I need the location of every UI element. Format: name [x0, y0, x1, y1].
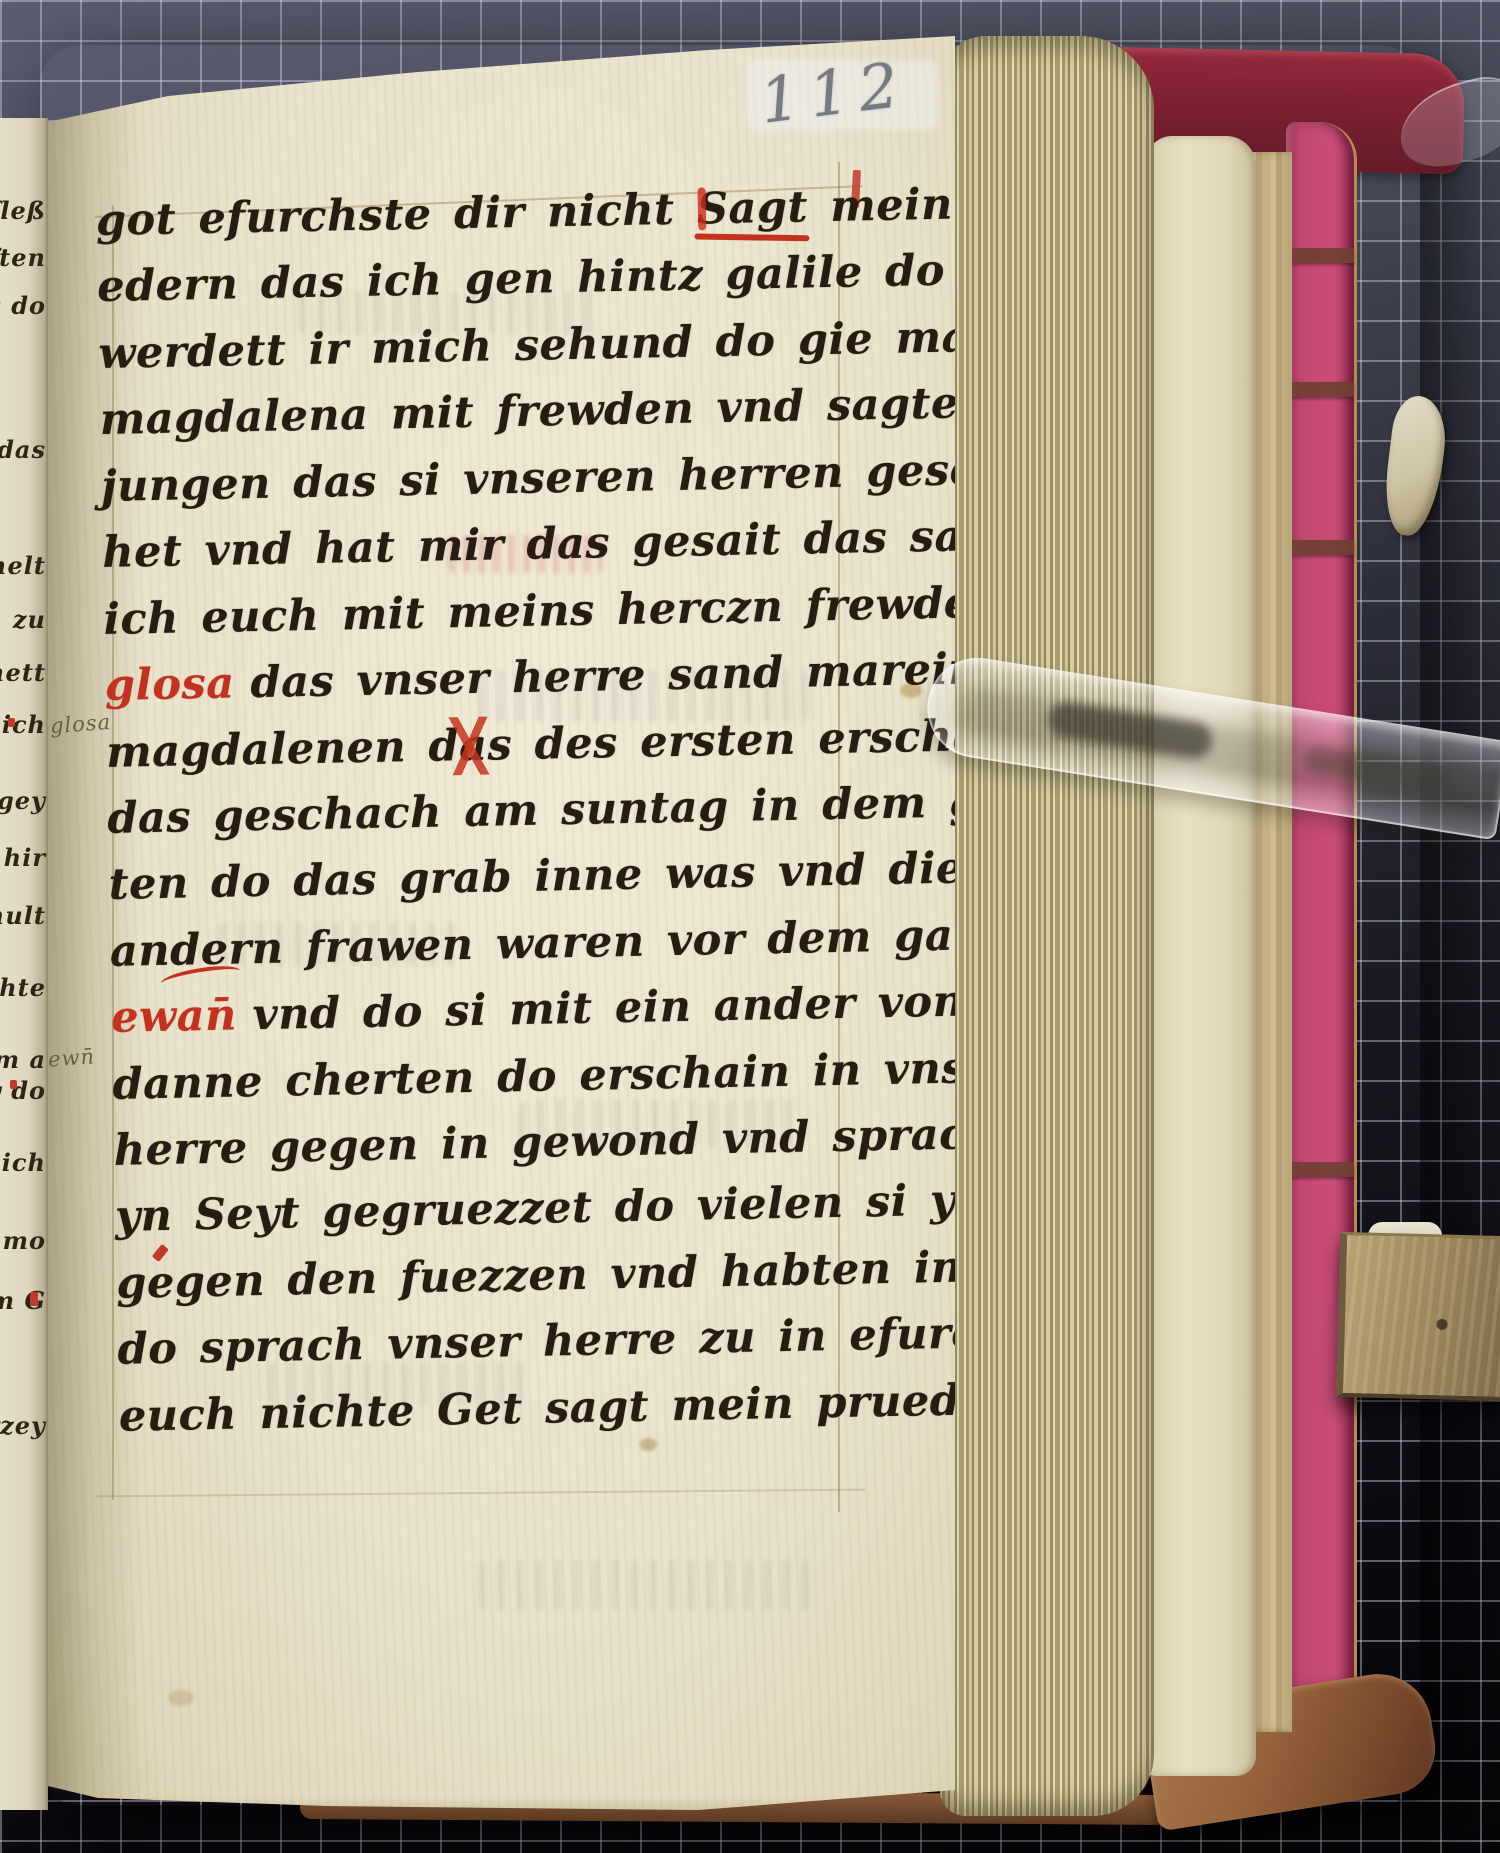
fragment-text: gey	[0, 786, 46, 815]
text-line: ich euch mit meins herczn frewden	[103, 578, 1004, 645]
text-line: got efurchste dir nicht Sagt mein pru	[95, 177, 1061, 246]
fragment-text: do hir	[0, 843, 46, 872]
rubric-glosa: glosa	[104, 658, 235, 710]
text-line: jungen das si vnseren herren gesehen	[101, 443, 1070, 512]
fragment-text: chett	[0, 658, 46, 687]
fore-edge-leaves	[940, 36, 1154, 1816]
line-pre: magdalenen	[106, 722, 429, 778]
ink-showthrough	[478, 1560, 818, 1610]
fragment-text: ften	[0, 243, 46, 272]
gutter-note-glosa: glosa	[49, 710, 112, 738]
vellum-strip	[1250, 152, 1292, 1732]
text-line: ten do das grab inne was vnd die	[108, 843, 964, 909]
fragment-text: zu mo	[0, 1226, 46, 1255]
manuscript-photo: { "artifact": { "kind": "medieval manusc…	[0, 0, 1500, 1853]
text-line: das geschach am suntag in dem gar	[107, 776, 1032, 844]
fragment-text: tey do	[0, 1076, 46, 1105]
line-pre: got efurchste dir nicht	[95, 184, 697, 246]
sewing-support-band	[1286, 540, 1354, 555]
clip-dark-smudge	[1303, 746, 1450, 794]
fragment-text: chelt	[0, 551, 46, 580]
text-line: ewan̄vnd do si mit ein ander von	[111, 976, 965, 1042]
manuscript-page: 112 got efurchste dir nicht Sagt mein pr…	[48, 30, 955, 1822]
text-line: euch nichte Get sagt mein pruedern	[118, 1374, 1043, 1442]
endleaf-band	[1146, 136, 1256, 1776]
text-line: danne cherten do erschain in vnsz	[112, 1043, 991, 1110]
red-ink-dot	[8, 718, 15, 727]
fragment-text: fleß	[0, 196, 46, 225]
pink-leather-spine-edge	[1286, 122, 1357, 1712]
fragment-text: s das	[0, 435, 46, 464]
fragment-text: schult	[0, 901, 46, 930]
fragment-text: oft mich	[0, 1148, 46, 1177]
line-text: vnd do si mit ein ander von	[252, 976, 965, 1040]
text-line: het vnd hat mir das gesait das sag	[102, 511, 994, 578]
struck-word: das	[428, 720, 513, 772]
text-line: werdett ir mich sehund do gie maid	[98, 311, 1018, 379]
clip-dark-smudge	[1046, 699, 1215, 760]
sewing-support-band	[1286, 1162, 1354, 1177]
text-line: gegen den fuezzen vnd habten in	[116, 1243, 963, 1309]
text-line: yn Seyt gegruezzet do vielen si ym	[115, 1175, 1002, 1242]
facing-page-sliver: fleß ften s do s das chelt zu chett s ic…	[0, 118, 48, 1810]
fragment-text: erzey	[0, 1411, 46, 1440]
text-line: magdalenen das des ersten erschain	[106, 710, 1030, 778]
text-line: edern das ich gen hintz galile do	[97, 246, 946, 312]
fragment-text: im a	[0, 1045, 46, 1074]
fragment-text: s do	[0, 291, 46, 320]
rubricated-word: Sagt	[696, 182, 808, 234]
text-line: do sprach vnser herre zu in efurcht	[117, 1307, 1030, 1375]
gutter-note-ewan: ewn̄	[47, 1044, 95, 1071]
text-line: herre gegen in gewond vnd sprach zu	[113, 1107, 1077, 1175]
fragment-text: nachte	[0, 973, 46, 1002]
sewing-support-band	[1286, 248, 1354, 263]
line-text: das vnser herre sand marein	[250, 644, 980, 708]
fragment-text: s ich	[0, 710, 46, 739]
red-ink-dot	[10, 1080, 17, 1089]
text-block: got efurchste dir nicht Sagt mein pru ed…	[95, 154, 950, 1500]
text-line: magdalena mit frewden vnd sagte den	[99, 376, 1072, 445]
text-line: glosadas vnser herre sand marein	[104, 644, 980, 711]
stain	[168, 1690, 194, 1706]
sewing-support-band	[1286, 382, 1354, 397]
rubric-ewan: ewan̄	[111, 990, 237, 1042]
fragment-text: ym G	[0, 1286, 46, 1315]
text-line: andern frawen waren vor dem garten	[110, 909, 1057, 977]
fragment-text: zu	[13, 605, 46, 634]
clasp-strap	[1336, 1232, 1500, 1401]
red-ink-dot	[30, 1292, 38, 1306]
